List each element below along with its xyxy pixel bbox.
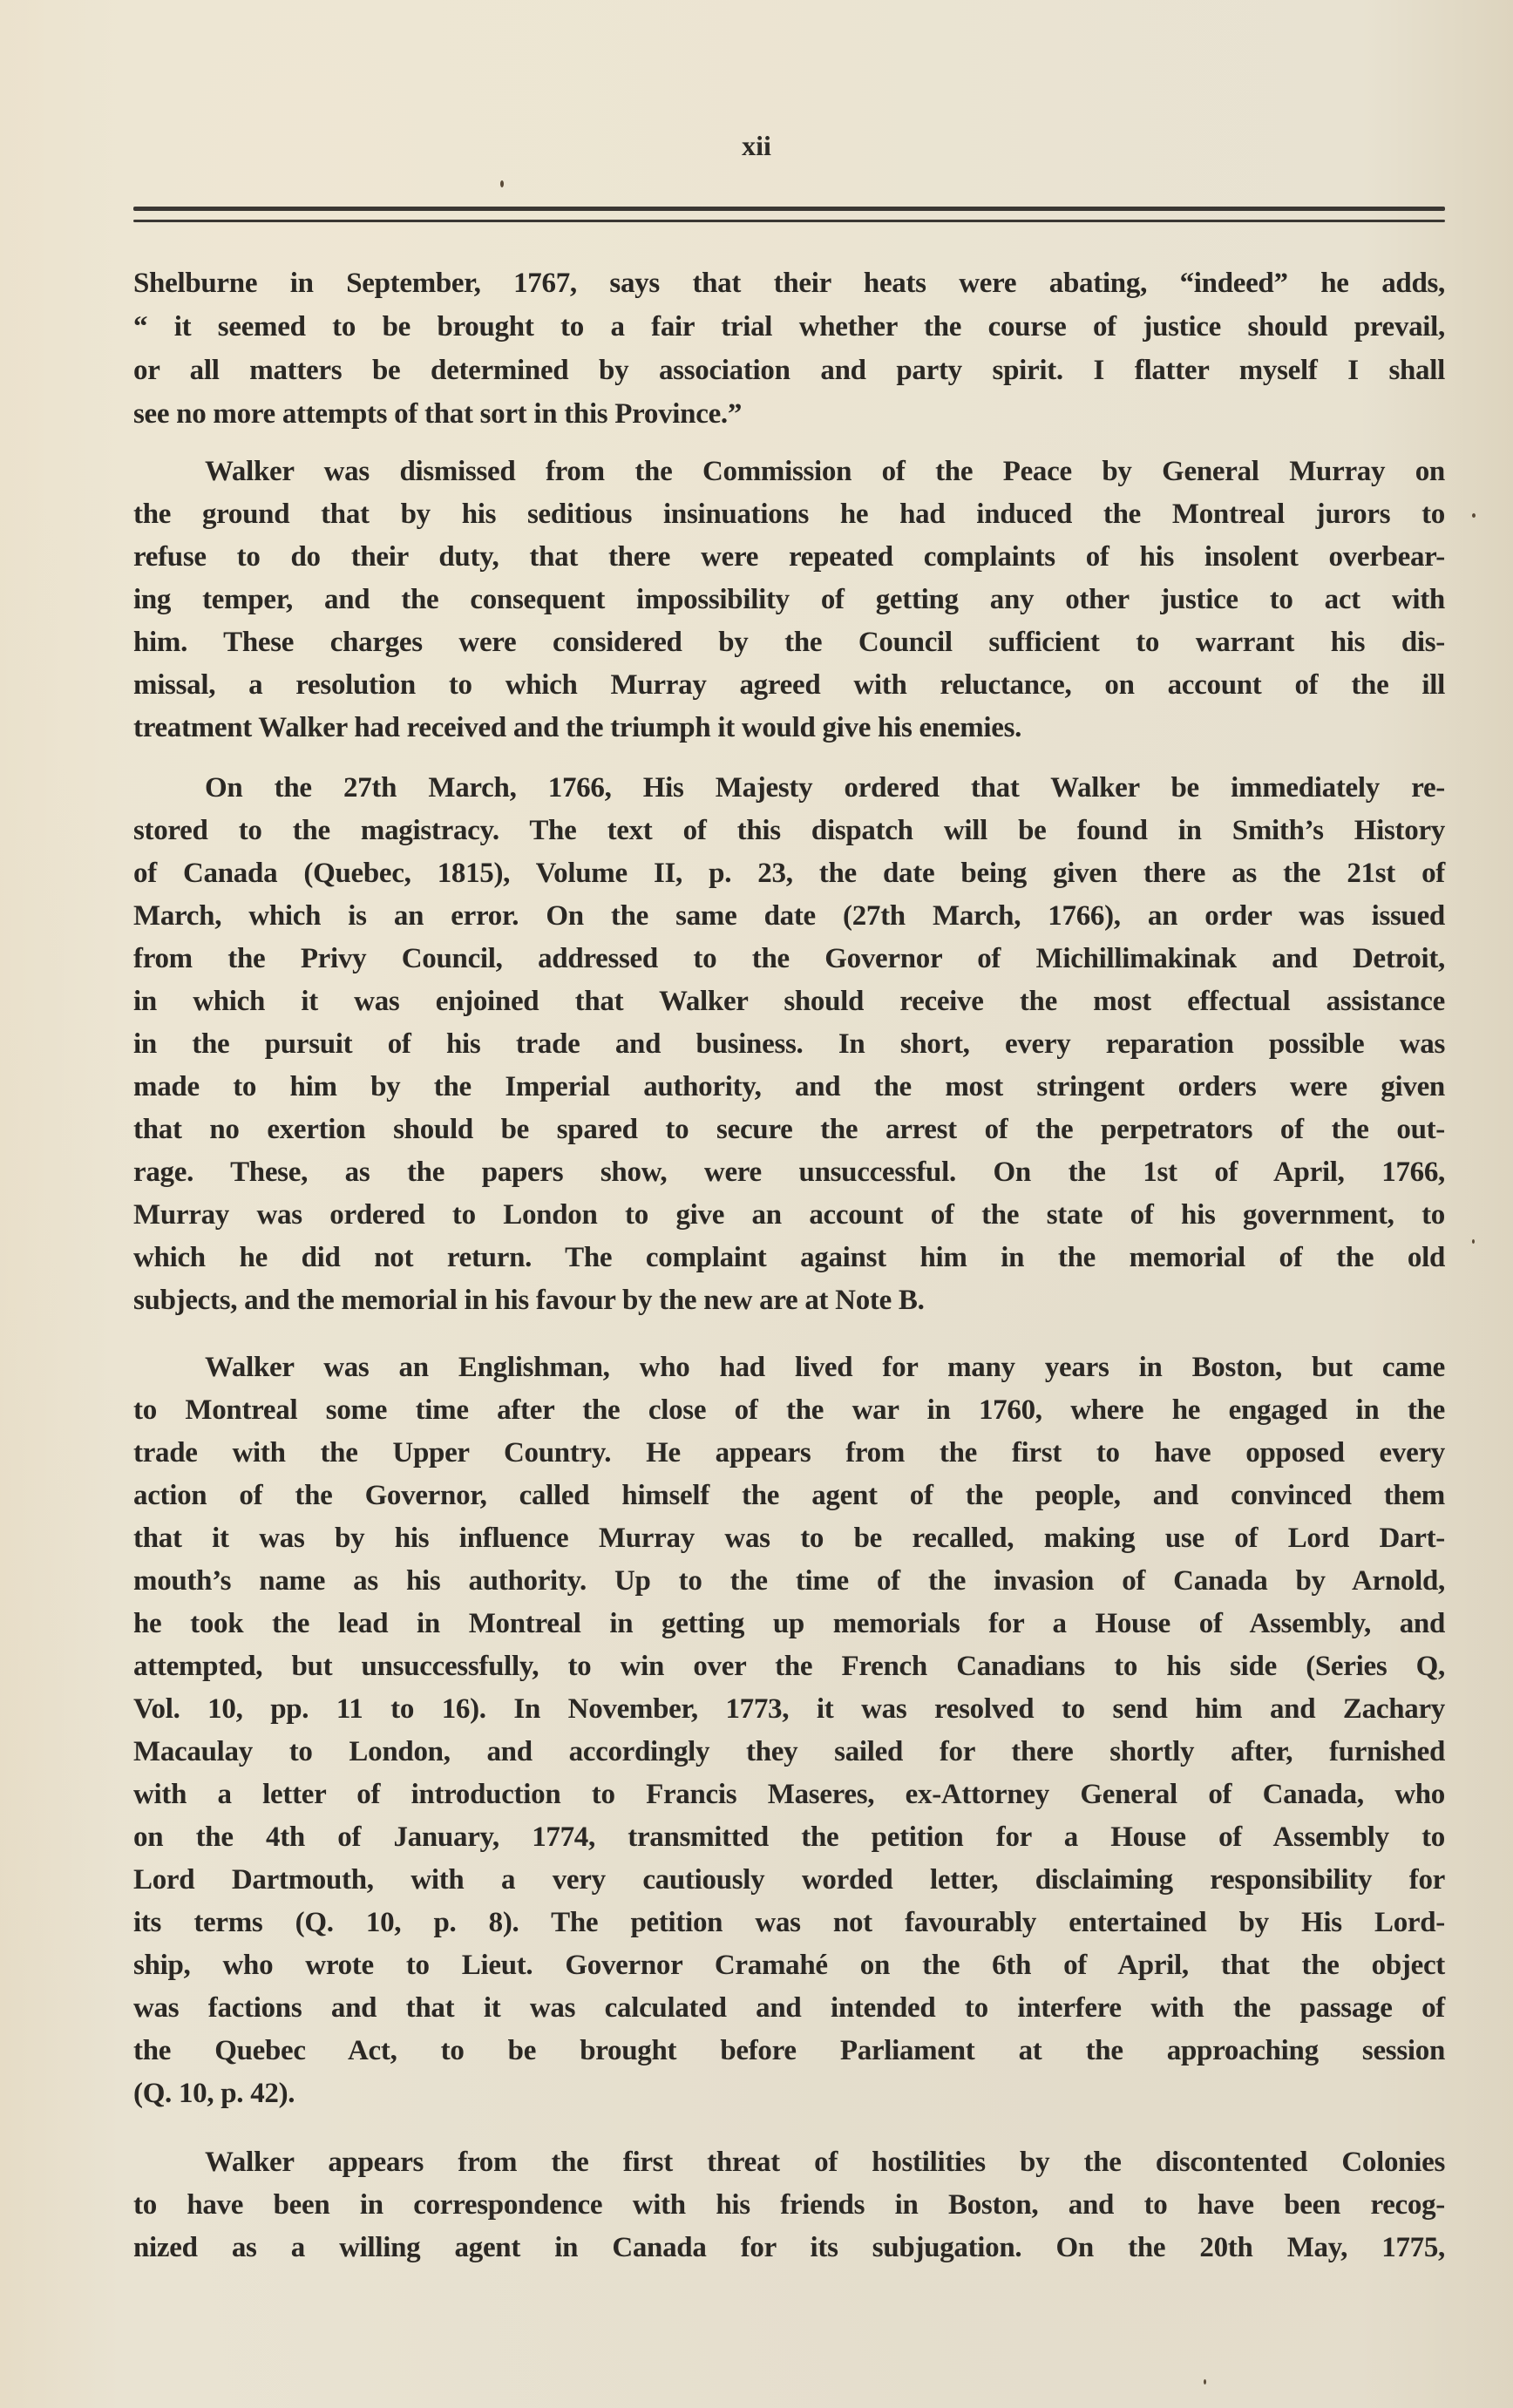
text-line: rage. These, as the papers show, were un… xyxy=(133,1151,1445,1193)
text-line: he took the lead in Montreal in getting … xyxy=(133,1603,1445,1645)
text-line: subjects, and the memorial in his favour… xyxy=(133,1279,1445,1321)
ink-speck xyxy=(1472,1239,1475,1244)
text-line: to have been in correspondence with his … xyxy=(133,2184,1445,2226)
text-line: in the pursuit of his trade and business… xyxy=(133,1023,1445,1065)
text-line: which he did not return. The complaint a… xyxy=(133,1237,1445,1279)
text-line: treatment Walker had received and the tr… xyxy=(133,707,1445,749)
text-line: see no more attempts of that sort in thi… xyxy=(133,393,1445,435)
text-line: Vol. 10, pp. 11 to 16). In November, 177… xyxy=(133,1688,1445,1730)
text-line: Shelburne in September, 1767, says that … xyxy=(133,262,1445,304)
text-line: missal, a resolution to which Murray agr… xyxy=(133,664,1445,706)
text-line: that it was by his influence Murray was … xyxy=(133,1517,1445,1559)
text-line: ing temper, and the consequent impossibi… xyxy=(133,579,1445,621)
ink-speck xyxy=(1472,513,1476,518)
text-line: stored to the magistracy. The text of th… xyxy=(133,810,1445,851)
text-line: of Canada (Quebec, 1815), Volume II, p. … xyxy=(133,852,1445,894)
text-line: Walker was dismissed from the Commission… xyxy=(205,451,1445,492)
text-line: action of the Governor, called himself t… xyxy=(133,1475,1445,1516)
ink-speck xyxy=(500,180,504,187)
text-line: Murray was ordered to London to give an … xyxy=(133,1194,1445,1236)
text-line: from the Privy Council, addressed to the… xyxy=(133,938,1445,980)
text-line: on the 4th of January, 1774, transmitted… xyxy=(133,1816,1445,1858)
text-line: Lord Dartmouth, with a very cautiously w… xyxy=(133,1859,1445,1901)
text-line: that no exertion should be spared to sec… xyxy=(133,1109,1445,1150)
text-line: was factions and that it was calculated … xyxy=(133,1987,1445,2029)
text-line: him. These charges were considered by th… xyxy=(133,621,1445,663)
text-line: attempted, but unsuccessfully, to win ov… xyxy=(133,1645,1445,1687)
text-line: On the 27th March, 1766, His Majesty ord… xyxy=(205,767,1445,809)
text-line: or all matters be determined by associat… xyxy=(133,349,1445,391)
text-line: trade with the Upper Country. He appears… xyxy=(133,1432,1445,1474)
text-line: refuse to do their duty, that there were… xyxy=(133,536,1445,578)
text-line: its terms (Q. 10, p. 8). The petition wa… xyxy=(133,1902,1445,1943)
text-line: mouth’s name as his authority. Up to the… xyxy=(133,1560,1445,1602)
text-line: Walker appears from the first threat of … xyxy=(205,2141,1445,2183)
text-line: ship, who wrote to Lieut. Governor Crama… xyxy=(133,1944,1445,1986)
text-line: nized as a willing agent in Canada for i… xyxy=(133,2227,1445,2269)
text-line: Macaulay to London, and accordingly they… xyxy=(133,1731,1445,1773)
header-rule-thin xyxy=(133,220,1445,222)
page-number: xii xyxy=(0,128,1513,163)
text-line: the ground that by his seditious insinua… xyxy=(133,493,1445,535)
ink-speck xyxy=(1204,2379,1206,2384)
text-line: with a letter of introduction to Francis… xyxy=(133,1774,1445,1815)
text-line: Walker was an Englishman, who had lived … xyxy=(205,1346,1445,1388)
text-line: in which it was enjoined that Walker sho… xyxy=(133,980,1445,1022)
text-line: “ it seemed to be brought to a fair tria… xyxy=(133,306,1445,348)
text-line: (Q. 10, p. 42). xyxy=(133,2072,1445,2114)
text-line: to Montreal some time after the close of… xyxy=(133,1389,1445,1431)
header-rule-thick xyxy=(133,207,1445,211)
text-line: March, which is an error. On the same da… xyxy=(133,895,1445,937)
text-line: the Quebec Act, to be brought before Par… xyxy=(133,2030,1445,2072)
text-line: made to him by the Imperial authority, a… xyxy=(133,1066,1445,1108)
